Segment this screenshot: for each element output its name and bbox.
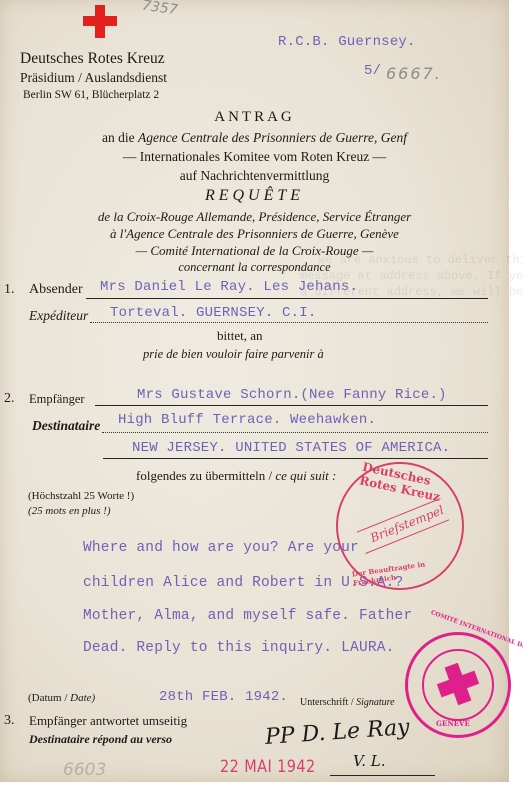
recipient-line-1[interactable]: Mrs Gustave Schorn.(Nee Fanny Rice.) <box>137 387 447 403</box>
message-line-3[interactable]: Mother, Alma, and myself safe. Father <box>83 608 412 624</box>
sender-label-fr: Expéditeur <box>29 308 88 324</box>
word-limit-fr: (25 mots en plus !) <box>28 505 111 517</box>
section-number-1: 1. <box>4 282 15 298</box>
signature-initials: V. L. <box>353 752 385 770</box>
date-value[interactable]: 28th FEB. 1942. <box>159 689 288 705</box>
de-line-3: auf Nachrichtenvermittlung <box>0 168 509 184</box>
reply-de: Empfänger antwortet umseitig <box>29 713 187 729</box>
icrc-stamp-bottom-text: GENÈVE <box>436 719 470 728</box>
recipient-line-3[interactable]: NEW JERSEY. UNITED STATES OF AMERICA. <box>132 440 450 456</box>
pencil-note-bottom: 6603 <box>63 760 106 780</box>
icrc-geneva-stamp: COMITÉ INTERNATIONAL DE LA CROIX-ROUGE G… <box>405 632 511 738</box>
recipient-line-3-rule <box>103 458 488 459</box>
reply-fr: Destinataire répond au verso <box>29 732 172 747</box>
request-fr: prie de bien vouloir faire parvenir à <box>143 347 324 362</box>
signature-underline <box>330 775 435 776</box>
section-number-3: 3. <box>4 713 15 729</box>
drk-stamp-bottom-text: Der Beauftragte in Frankreich <box>351 554 462 587</box>
recipient-label-fr: Destinataire <box>32 418 100 434</box>
recipient-line-2[interactable]: High Bluff Terrace. Weehawken. <box>118 412 376 428</box>
reference-prefix: 5/ <box>364 63 381 79</box>
red-cross-icon <box>95 5 105 38</box>
recipient-line-2-rule <box>102 432 488 433</box>
de-line-1: an die Agence Centrale des Prisonniers d… <box>0 130 509 146</box>
message-line-1[interactable]: Where and how are you? Are your <box>83 540 359 556</box>
sender-label-de: Absender <box>29 282 83 298</box>
message-line-4[interactable]: Dead. Reply to this inquiry. LAURA. <box>83 640 395 656</box>
drk-stamp-outer-text: Deutsches Rotes Kreuz <box>358 460 464 509</box>
sender-line-2[interactable]: Torteval. GUERNSEY. C.I. <box>110 305 316 321</box>
sender-line-2-rule <box>90 322 488 323</box>
recipient-label-de: Empfänger <box>29 392 85 407</box>
department: Präsidium / Auslandsdienst <box>20 70 167 86</box>
fr-line-1: de la Croix-Rouge Allemande, Présidence,… <box>0 209 509 225</box>
document-page: We are anxious to deliver this message a… <box>0 0 509 782</box>
request-de: bittet, an <box>217 328 263 344</box>
de-heading: ANTRAG <box>0 109 509 126</box>
address: Berlin SW 61, Blücherplatz 2 <box>23 89 159 101</box>
recipient-line-1-rule <box>95 405 488 406</box>
de-line-2: — Internationales Komitee vom Roten Kreu… <box>0 149 509 165</box>
drk-briefstempel-stamp: Deutsches Rotes Kreuz Briefstempel Der B… <box>336 462 464 590</box>
signature-handwritten: PP D. Le Ray <box>264 715 410 750</box>
word-limit-de: (Höchstzahl 25 Worte !) <box>28 490 134 502</box>
pencil-note-top: 7357 <box>141 0 179 18</box>
reference-office: R.C.B. Guernsey. <box>278 34 416 50</box>
signature-label: Unterschrift / Signature <box>300 697 395 708</box>
reference-number: 6667. <box>386 64 442 83</box>
fr-line-2: à l'Agence Centrale des Prisonniers de G… <box>0 226 509 242</box>
date-label: (Datum / Date) <box>28 692 95 704</box>
sender-line-1[interactable]: Mrs Daniel Le Ray. Les Jehans. <box>100 279 358 295</box>
message-intro: folgendes zu übermitteln / ce qui suit : <box>136 468 336 484</box>
fr-line-3: — Comité International de la Croix-Rouge… <box>0 243 509 259</box>
fr-line-4: concernant la correspondance <box>0 260 509 275</box>
sender-line-1-rule <box>86 298 488 299</box>
fr-heading: REQUÊTE <box>0 187 509 205</box>
section-number-2: 2. <box>4 391 15 407</box>
org-name: Deutsches Rotes Kreuz <box>20 50 165 68</box>
received-date-stamp: 22 MAI 1942 <box>220 757 316 777</box>
